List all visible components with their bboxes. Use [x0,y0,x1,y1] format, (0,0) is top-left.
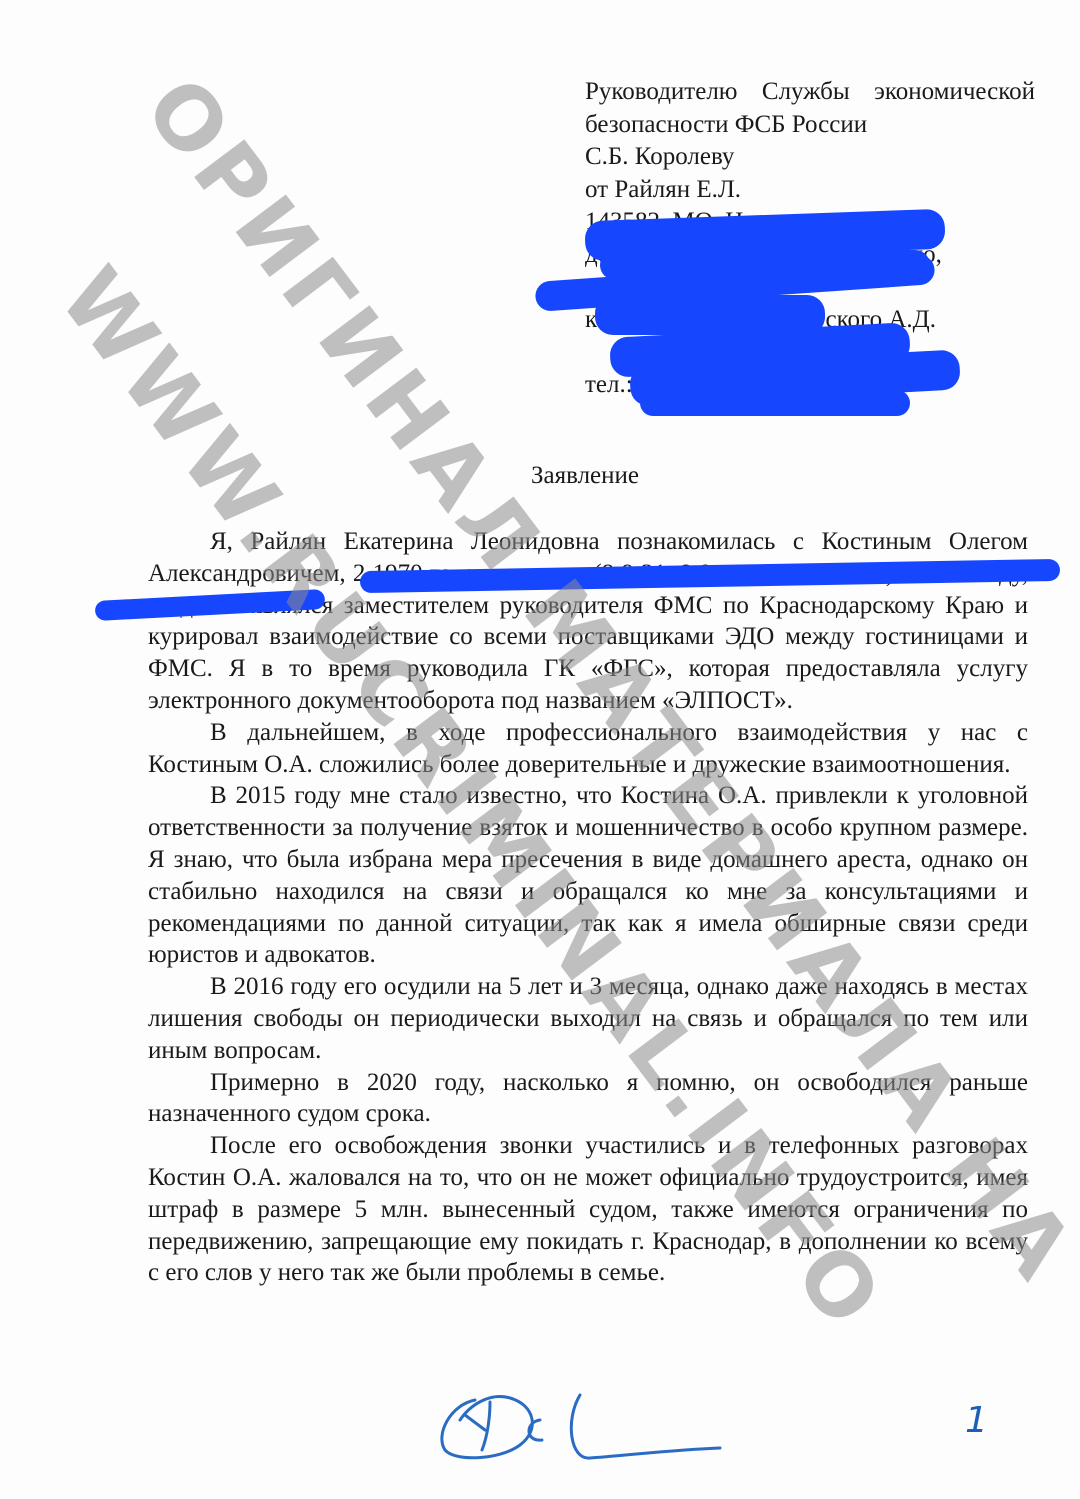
paragraph: В 2016 году его осудили на 5 лет и 3 мес… [148,971,1028,1066]
paragraph: В 2015 году мне стало известно, что Кост… [148,780,1028,971]
paragraph: В дальнейшем, в ходе профессионального в… [148,717,1028,781]
addressee-line: от Райлян Е.Л. [585,174,1035,207]
paragraph: Примерно в 2020 году, насколько я помню,… [148,1067,1028,1131]
document-page: Руководителю Службы экономической безопа… [0,0,1080,1499]
addressee-line: Руководителю Службы экономической [585,76,1035,109]
signature-icon [430,1380,730,1470]
redaction-mark [640,390,910,416]
document-title: Заявление [0,462,1080,490]
addressee-line: безопасности ФСБ России [585,109,1035,142]
page-number: 1 [965,1400,988,1441]
addressee-line: С.Б. Королеву [585,141,1035,174]
paragraph: После его освобождения звонки участились… [148,1130,1028,1289]
paragraph: Я, Райлян Екатерина Леонидовна познакоми… [148,526,1028,717]
document-body: Я, Райлян Екатерина Леонидовна познакоми… [148,526,1028,1289]
